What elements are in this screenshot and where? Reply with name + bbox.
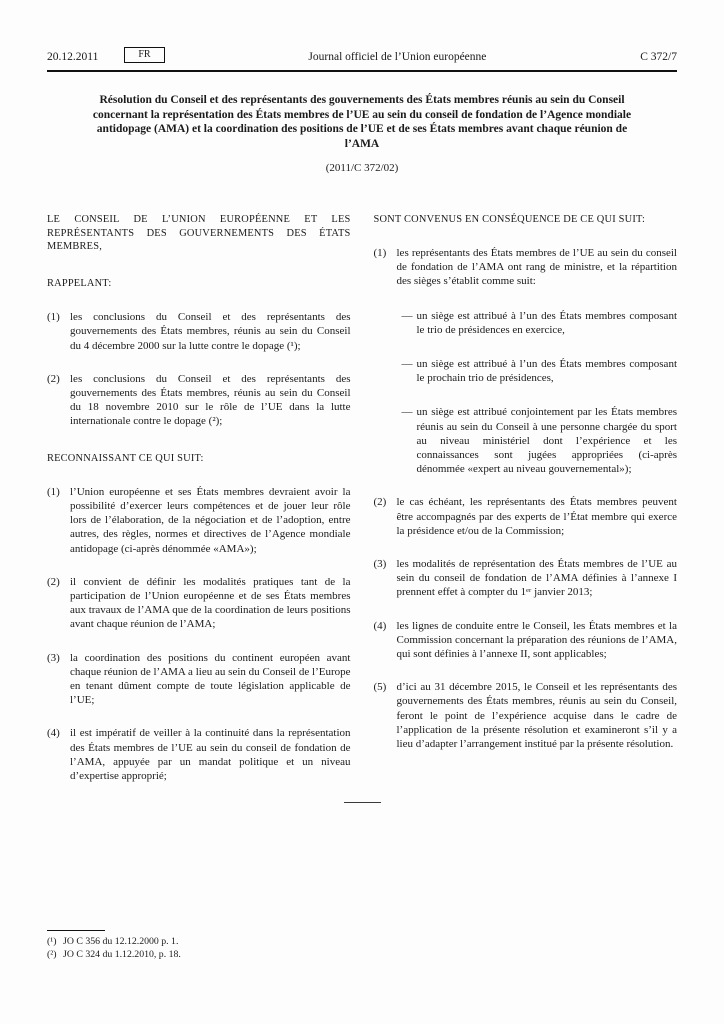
item-text: les représentants des États membres de l… <box>397 246 678 289</box>
item-number: (3) <box>47 651 70 708</box>
footnote-marker: (¹) <box>47 935 63 948</box>
page-header: 20.12.2011 FR Journal officiel de l’Unio… <box>47 47 677 72</box>
item-number: (1) <box>47 310 70 353</box>
indent-item-text: un siège est attribué à l’un des États m… <box>417 309 678 337</box>
footnote-text: JO C 324 du 1.12.2010, p. 18. <box>63 948 181 961</box>
section-heading-convenus: SONT CONVENUS EN CONSÉQUENCE DE CE QUI S… <box>374 213 678 227</box>
page-reference: C 372/7 <box>640 51 677 63</box>
item-text: la coordination des positions du contine… <box>70 651 351 708</box>
item-number: (2) <box>47 372 70 429</box>
language-badge: FR <box>124 47 164 63</box>
recital-item: (3) la coordination des positions du con… <box>47 651 351 708</box>
dash-marker: — <box>402 357 417 385</box>
operative-item: (4) les lignes de conduite entre le Cons… <box>374 619 678 662</box>
item-number: (2) <box>374 495 397 538</box>
section-divider <box>344 802 381 803</box>
section-heading-reconnaissant: RECONNAISSANT CE QUI SUIT: <box>47 452 351 466</box>
item-number: (4) <box>47 726 70 783</box>
indent-item-text: un siège est attribué à l’un des États m… <box>417 357 678 385</box>
journal-title: Journal officiel de l’Union européenne <box>165 51 641 63</box>
footnotes: (¹) JO C 356 du 12.12.2000 p. 1. (²) JO … <box>47 930 181 961</box>
item-text: les modalités de représentation des État… <box>397 557 678 600</box>
item-number: (1) <box>374 246 397 289</box>
item-number: (2) <box>47 575 70 632</box>
operative-item: (2) le cas échéant, les représentants de… <box>374 495 678 538</box>
indent-item-text: un siège est attribué conjointement par … <box>417 405 678 476</box>
indent-item: — un siège est attribué à l’un des États… <box>402 309 678 337</box>
recital-item: (2) il convient de définir les modalités… <box>47 575 351 632</box>
two-column-body: LE CONSEIL DE L’UNION EUROPÉENNE ET LES … <box>47 203 677 783</box>
item-number: (1) <box>47 485 70 556</box>
item-text: les conclusions du Conseil et des représ… <box>70 310 351 353</box>
footnote-rule <box>47 930 105 931</box>
item-text: les lignes de conduite entre le Conseil,… <box>397 619 678 662</box>
recital-item: (1) les conclusions du Conseil et des re… <box>47 310 351 353</box>
item-text: les conclusions du Conseil et des représ… <box>70 372 351 429</box>
item-number: (5) <box>374 680 397 751</box>
operative-item: (1) les représentants des États membres … <box>374 246 678 289</box>
item-text: l’Union européenne et ses États membres … <box>70 485 351 556</box>
indent-item: — un siège est attribué conjointement pa… <box>402 405 678 476</box>
recital-item: (2) les conclusions du Conseil et des re… <box>47 372 351 429</box>
item-number: (3) <box>374 557 397 600</box>
document-number: (2011/C 372/02) <box>0 162 724 174</box>
item-number: (4) <box>374 619 397 662</box>
footnote: (¹) JO C 356 du 12.12.2000 p. 1. <box>47 935 181 948</box>
document-title: Résolution du Conseil et des représentan… <box>90 93 635 151</box>
item-text: d’ici au 31 décembre 2015, le Conseil et… <box>397 680 678 751</box>
footnote: (²) JO C 324 du 1.12.2010, p. 18. <box>47 948 181 961</box>
recital-item: (1) l’Union européenne et ses États memb… <box>47 485 351 556</box>
footnote-marker: (²) <box>47 948 63 961</box>
indent-item: — un siège est attribué à l’un des États… <box>402 357 678 385</box>
journal-page: 20.12.2011 FR Journal officiel de l’Unio… <box>0 0 724 1024</box>
item-text: le cas échéant, les représentants des Ét… <box>397 495 678 538</box>
operative-item: (5) d’ici au 31 décembre 2015, le Consei… <box>374 680 678 751</box>
dash-marker: — <box>402 309 417 337</box>
section-heading-rappelant: RAPPELANT: <box>47 277 351 291</box>
dash-marker: — <box>402 405 417 476</box>
footnote-text: JO C 356 du 12.12.2000 p. 1. <box>63 935 178 948</box>
left-column: LE CONSEIL DE L’UNION EUROPÉENNE ET LES … <box>47 203 351 783</box>
preamble-parties: LE CONSEIL DE L’UNION EUROPÉENNE ET LES … <box>47 213 351 254</box>
header-date: 20.12.2011 <box>47 51 98 63</box>
right-column: SONT CONVENUS EN CONSÉQUENCE DE CE QUI S… <box>374 203 678 783</box>
recital-item: (4) il est impératif de veiller à la con… <box>47 726 351 783</box>
operative-item: (3) les modalités de représentation des … <box>374 557 678 600</box>
item-text: il est impératif de veiller à la continu… <box>70 726 351 783</box>
item-text: il convient de définir les modalités pra… <box>70 575 351 632</box>
